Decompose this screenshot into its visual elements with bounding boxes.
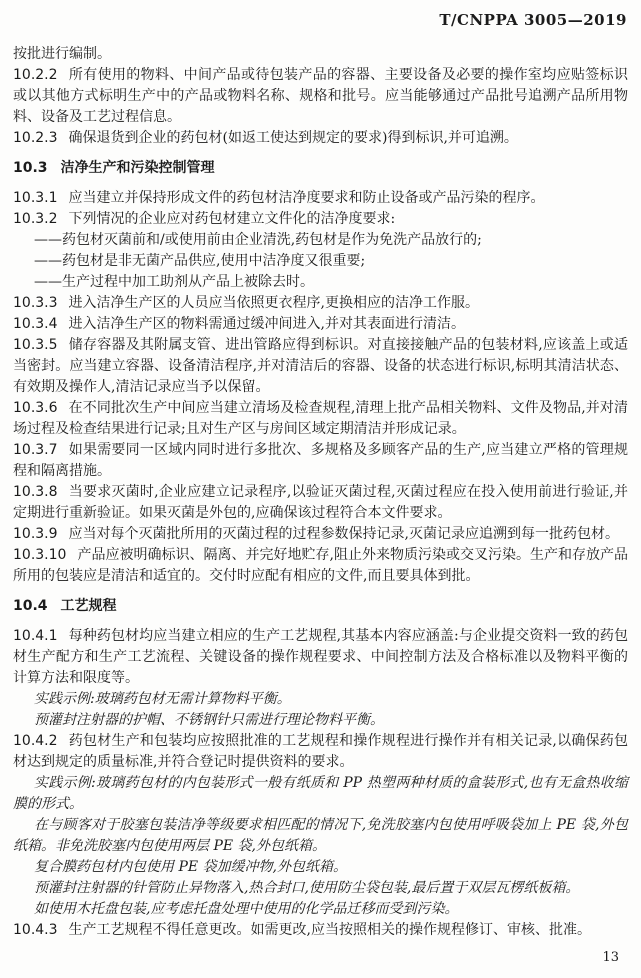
clause-text: 储存容器及其附属支管、进出管路应得到标识。对直接接触产品的包装材料,应该盖上或适… [13, 337, 628, 395]
clause-number: 10.3.6 [13, 400, 58, 416]
example-paragraph: 预灌封注射器的针管防止异物落入,热合封口,使用防尘袋包装,最后置于双层瓦楞纸板箱… [13, 878, 628, 899]
example-paragraph: 实践示例:玻璃药包材的内包装形式一般有纸质和 PP 热塑两种材质的盒装形式,也有… [13, 773, 628, 815]
clause-text: 在不同批次生产中间应当建立清场及检查规程,清理上批产品相关物料、文件及物品,并对… [13, 400, 628, 437]
clause-10.3.3: 10.3.3进入洁净生产区的人员应当依照更衣程序,更换相应的洁净工作服。 [13, 293, 628, 314]
dash-list-item: ——药包材是非无菌产品供应,使用中洁净度又很重要; [13, 251, 628, 272]
document-body: 按批进行编制。10.2.2所有使用的物料、中间产品或待包装产品的容器、主要设备及… [13, 44, 628, 941]
example-paragraph: 复合膜药包材内包使用 PE 袋加缓冲物,外包纸箱。 [13, 857, 628, 878]
clause-number: 10.4.1 [13, 628, 58, 644]
clause-10.2.3: 10.2.3确保退货到企业的药包材(如返工使达到规定的要求)得到标识,并可追溯。 [13, 128, 628, 149]
clause-10.2.2: 10.2.2所有使用的物料、中间产品或待包装产品的容器、主要设备及必要的操作室均… [13, 65, 628, 128]
clause-10.3.5: 10.3.5储存容器及其附属支管、进出管路应得到标识。对直接接触产品的包装材料,… [13, 335, 628, 398]
example-paragraph: 在与顾客对于胶塞包装洁净等级要求相匹配的情况下,免洗胶塞内包使用呼吸袋加上 PE… [13, 815, 628, 857]
clause-text: 产品应被明确标识、隔离、并完好地贮存,阻止外来物质污染或交叉污染。生产和存放产品… [13, 547, 628, 584]
clause-10.3.2: 10.3.2下列情况的企业应对药包材建立文件化的洁净度要求: [13, 209, 628, 230]
heading-number: 10.3 [13, 160, 48, 176]
clause-text: 进入洁净生产区的物料需通过缓冲间进入,并对其表面进行清洁。 [69, 316, 465, 332]
document-code: T/CNPPA 3005—2019 [439, 11, 627, 29]
clause-10.3.9: 10.3.9应当对每个灭菌批所用的灭菌过程的过程参数保持记录,灭菌记录应追溯到每… [13, 524, 628, 545]
clause-text: 如果需要同一区域内同时进行多批次、多规格及多顾客产品的生产,应当建立严格的管理规… [13, 442, 628, 479]
heading-title: 洁净生产和污染控制管理 [61, 160, 215, 176]
document-page: T/CNPPA 3005—2019 按批进行编制。10.2.2所有使用的物料、中… [0, 0, 641, 978]
clause-number: 10.2.2 [13, 67, 58, 83]
clause-text: 当要求灭菌时,企业应建立记录程序,以验证灭菌过程,灭菌过程应在投入使用前进行验证… [13, 484, 628, 521]
clause-10.4.2: 10.4.2药包材生产和包装均应按照批准的工艺规程和操作规程进行操作并有相关记录… [13, 731, 628, 773]
clause-number: 10.2.3 [13, 130, 58, 146]
clause-10.3.4: 10.3.4进入洁净生产区的物料需通过缓冲间进入,并对其表面进行清洁。 [13, 314, 628, 335]
clause-number: 10.3.5 [13, 337, 58, 353]
clause-10.3.7: 10.3.7如果需要同一区域内同时进行多批次、多规格及多顾客产品的生产,应当建立… [13, 440, 628, 482]
clause-text: 进入洁净生产区的人员应当依照更衣程序,更换相应的洁净工作服。 [69, 295, 479, 311]
clause-text: 每种药包材均应当建立相应的生产工艺规程,其基本内容应涵盖:与企业提交资料一致的药… [13, 628, 628, 686]
section-heading-10.4: 10.4工艺规程 [13, 596, 628, 617]
clause-10.4.1: 10.4.1每种药包材均应当建立相应的生产工艺规程,其基本内容应涵盖:与企业提交… [13, 626, 628, 689]
section-heading-10.3: 10.3洁净生产和污染控制管理 [13, 158, 628, 179]
clause-number: 10.3.3 [13, 295, 58, 311]
clause-number: 10.3.2 [13, 211, 58, 227]
heading-title: 工艺规程 [61, 598, 117, 614]
dash-list-item: ——药包材灭菌前和/或使用前由企业清洗,药包材是作为免洗产品放行的; [13, 230, 628, 251]
page-number: 13 [602, 950, 619, 965]
clause-10.4.3: 10.4.3生产工艺规程不得任意更改。如需更改,应当按照相关的操作规程修订、审核… [13, 920, 628, 941]
clause-10.3.10: 10.3.10产品应被明确标识、隔离、并完好地贮存,阻止外来物质污染或交叉污染。… [13, 545, 628, 587]
clause-number: 10.4.3 [13, 922, 58, 938]
clause-text: 生产工艺规程不得任意更改。如需更改,应当按照相关的操作规程修订、审核、批准。 [69, 922, 591, 938]
continuation-paragraph: 按批进行编制。 [13, 44, 628, 65]
clause-number: 10.3.4 [13, 316, 58, 332]
example-paragraph: 实践示例:玻璃药包材无需计算物料平衡。 [13, 689, 628, 710]
clause-number: 10.3.7 [13, 442, 58, 458]
clause-text: 应当对每个灭菌批所用的灭菌过程的过程参数保持记录,灭菌记录应追溯到每一批药包材。 [69, 526, 619, 542]
clause-number: 10.4.2 [13, 733, 58, 749]
heading-number: 10.4 [13, 598, 48, 614]
clause-number: 10.3.9 [13, 526, 58, 542]
clause-number: 10.3.10 [13, 547, 66, 563]
clause-text: 下列情况的企业应对药包材建立文件化的洁净度要求: [69, 211, 396, 227]
clause-10.3.8: 10.3.8当要求灭菌时,企业应建立记录程序,以验证灭菌过程,灭菌过程应在投入使… [13, 482, 628, 524]
clause-number: 10.3.1 [13, 190, 58, 206]
clause-text: 应当建立并保持形成文件的药包材洁净度要求和防止设备或产品污染的程序。 [69, 190, 545, 206]
clause-text: 确保退货到企业的药包材(如返工使达到规定的要求)得到标识,并可追溯。 [69, 130, 518, 146]
clause-number: 10.3.8 [13, 484, 58, 500]
clause-10.3.6: 10.3.6在不同批次生产中间应当建立清场及检查规程,清理上批产品相关物料、文件… [13, 398, 628, 440]
clause-text: 所有使用的物料、中间产品或待包装产品的容器、主要设备及必要的操作室均应贴签标识或… [13, 67, 628, 125]
dash-list-item: ——生产过程中加工助剂从产品上被除去时。 [13, 272, 628, 293]
clause-10.3.1: 10.3.1应当建立并保持形成文件的药包材洁净度要求和防止设备或产品污染的程序。 [13, 188, 628, 209]
clause-text: 药包材生产和包装均应按照批准的工艺规程和操作规程进行操作并有相关记录,以确保药包… [13, 733, 628, 770]
example-paragraph: 如使用木托盘包装,应考虑托盘处理中使用的化学品迁移而受到污染。 [13, 899, 628, 920]
example-paragraph: 预灌封注射器的护帽、不锈钢针只需进行理论物料平衡。 [13, 710, 628, 731]
